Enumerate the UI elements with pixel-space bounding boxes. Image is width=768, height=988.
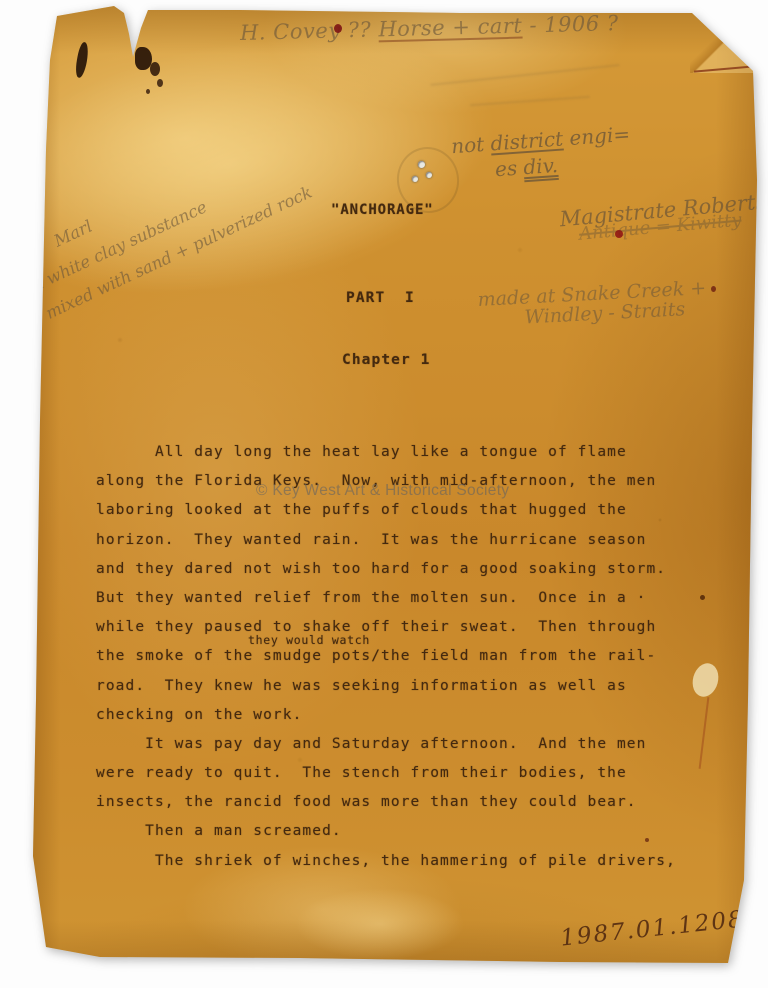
typed-body: All day long the heat lay like a tongue … xyxy=(96,438,716,876)
ink-blot xyxy=(150,62,160,76)
typed-line: It was pay day and Saturday afternoon. A… xyxy=(96,730,716,759)
red-ink-dot xyxy=(711,286,716,292)
typed-line: insects, the rancid food was more than t… xyxy=(96,788,716,817)
dark-speck xyxy=(700,595,705,600)
typed-line: road. They knew he was seeking informati… xyxy=(96,672,716,701)
typed-line: Then a man screamed. xyxy=(96,817,716,846)
district-line1-word: district xyxy=(490,126,564,155)
district-line1-post: engi= xyxy=(562,122,631,151)
paper-shadow-wrap: H. Covey ?? Horse + cart - 1906 ? not di… xyxy=(0,0,768,988)
scan-background: H. Covey ?? Horse + cart - 1906 ? not di… xyxy=(0,0,768,988)
typed-line: All day long the heat lay like a tongue … xyxy=(96,438,716,467)
folded-corner-top-right xyxy=(690,13,754,73)
ink-blot xyxy=(37,20,49,39)
watermark-text: © Key West Art & Historical Society xyxy=(256,482,509,500)
district-line1-pre: not xyxy=(450,132,491,159)
typed-line: The shriek of winches, the hammering of … xyxy=(96,847,716,876)
typed-interline-insertion: they would watch xyxy=(248,634,370,646)
dark-speck xyxy=(645,838,649,842)
paper-light-patch-bottom xyxy=(295,888,465,960)
top-note-prefix: H. Covey ?? xyxy=(240,17,379,45)
ink-spatter xyxy=(146,89,150,94)
top-note-underlined: Horse + cart xyxy=(378,14,522,42)
typed-line: while they paused to shake off their swe… xyxy=(96,613,716,642)
district-line2-pre: es xyxy=(494,155,524,181)
typed-line: horizon. They wanted rain. It was the hu… xyxy=(96,526,716,555)
staple-glint xyxy=(412,176,418,182)
typed-line: were ready to quit. The stench from thei… xyxy=(96,759,716,788)
red-ink-dot xyxy=(615,230,623,238)
typed-line: the smoke of the smudge pots/the field m… xyxy=(96,642,716,671)
staple-glint xyxy=(418,161,425,168)
typed-line: laboring looked at the puffs of clouds t… xyxy=(96,496,716,525)
typed-part-heading: PART I xyxy=(346,290,415,306)
typed-line: checking on the work. xyxy=(96,701,716,730)
typed-line: But they wanted relief from the molten s… xyxy=(96,584,716,613)
manuscript-page: H. Covey ?? Horse + cart - 1906 ? not di… xyxy=(0,0,768,988)
top-note-suffix: - 1906 ? xyxy=(522,11,619,38)
district-line2-word: div. xyxy=(523,153,559,179)
typed-line: and they dared not wish too hard for a g… xyxy=(96,555,716,584)
red-ink-dot xyxy=(334,24,342,33)
typed-chapter-heading: Chapter 1 xyxy=(342,352,430,368)
staple-glint xyxy=(426,172,432,178)
ink-spatter xyxy=(157,79,163,87)
